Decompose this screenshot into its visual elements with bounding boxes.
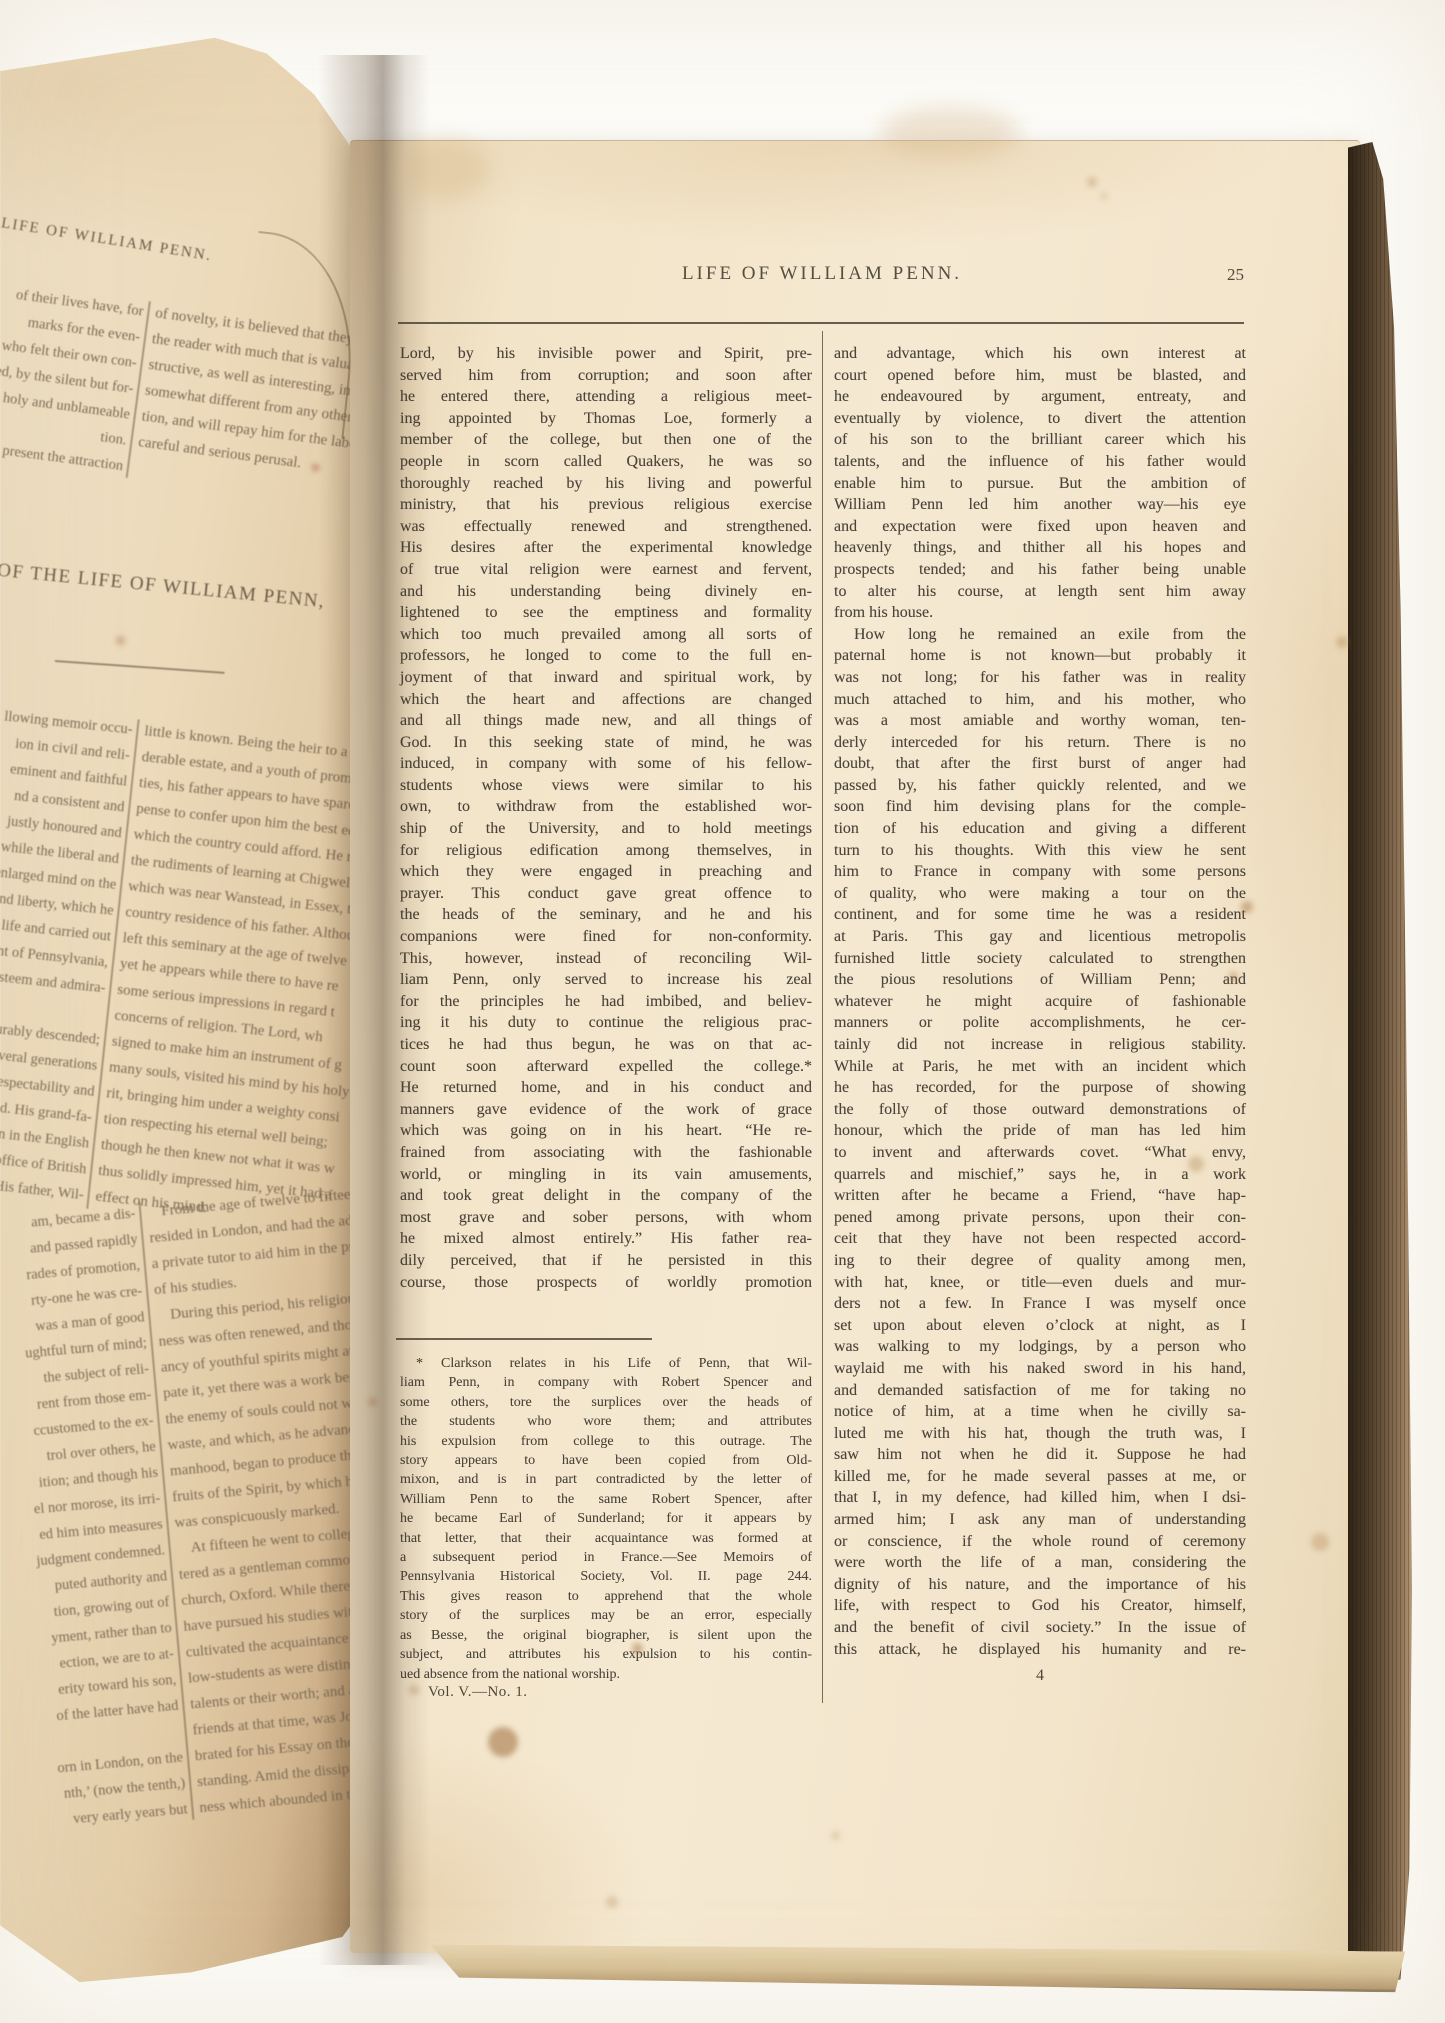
text-line: set upon about eleven o’clock at night, … xyxy=(834,1315,1246,1337)
text-line: paternal home is not known—but probably … xyxy=(834,645,1246,667)
text-line: tainly did not increase in religious sta… xyxy=(834,1034,1246,1056)
text-line: killed me, for he made several passes at… xyxy=(834,1466,1246,1488)
text-line: prayer. This conduct gave great offence … xyxy=(400,883,812,905)
footnote: * Clarkson relates in his Life of Penn, … xyxy=(400,1354,812,1684)
text-line: eventually by violence, to divert the at… xyxy=(834,408,1246,430)
text-line: companions were fined for non-conformity… xyxy=(400,926,812,948)
text-line: notice of him, at a time when he civilly… xyxy=(834,1401,1246,1423)
text-line: the folly of those outward demonstration… xyxy=(834,1099,1246,1121)
text-line: a subsequent period in France.—See Memoi… xyxy=(400,1548,812,1567)
text-line: at Paris. This gay and licentious metrop… xyxy=(834,926,1246,948)
page-stack-edge xyxy=(1348,142,1412,1998)
text-line: or conscience, if the whole round of cer… xyxy=(834,1531,1246,1553)
left-intro-column-b: of novelty, it is believed that they wil… xyxy=(137,300,385,485)
text-line: served him from corruption; and soon aft… xyxy=(400,365,812,387)
text-line: he entered there, attending a religious … xyxy=(400,386,812,408)
text-column-right: and advantage, which his own interest at… xyxy=(834,343,1246,1660)
text-line: that letter, that their acquaintance was… xyxy=(400,1529,812,1548)
left-running-header: LIFE OF WILLIAM PENN. xyxy=(0,206,271,274)
text-line: pened among private persons, upon their … xyxy=(834,1207,1246,1229)
text-line: ministry, that his previous religious ex… xyxy=(400,494,812,516)
header-rule xyxy=(398,322,1244,324)
text-line: tices he had thus begun, he was on that … xyxy=(400,1034,812,1056)
text-line: count soon afterward expelled the colleg… xyxy=(400,1056,812,1078)
text-line: doubt, that after the first burst of ang… xyxy=(834,753,1246,775)
text-line: passed by, his father quickly relented, … xyxy=(834,775,1246,797)
text-line: luted me with his hat, though the truth … xyxy=(834,1423,1246,1445)
volume-line: Vol. V.—No. 1. xyxy=(428,1684,528,1701)
text-line: of true vital religion were earnest and … xyxy=(400,559,812,581)
left-body-upper: llowing memoir occu-ion in civil and rel… xyxy=(0,696,402,745)
text-line: subject, and attributes his expulsion to… xyxy=(400,1645,812,1664)
fore-edge xyxy=(430,1945,1405,1993)
text-line: the heads of the seminary, and he and hi… xyxy=(400,904,812,926)
text-line: to alter his course, at length sent him … xyxy=(834,581,1246,603)
section-rule xyxy=(55,660,225,674)
text-line: was a most amiable and worthy woman, ten… xyxy=(834,710,1246,732)
text-line: dily perceived, that if he persisted in … xyxy=(400,1250,812,1272)
text-line: * Clarkson relates in his Life of Penn, … xyxy=(400,1354,812,1373)
text-line: William Penn to the same Robert Spencer,… xyxy=(400,1490,812,1509)
text-line: quarrels and mischief,” says he, in a wo… xyxy=(834,1164,1246,1186)
text-line: tion of his education and giving a diffe… xyxy=(834,818,1246,840)
text-line: he has recorded, for the purpose of show… xyxy=(834,1077,1246,1099)
text-line: life, with respect to God his Creator, h… xyxy=(834,1595,1246,1617)
text-line: honour, which the pride of man has led h… xyxy=(834,1120,1246,1142)
text-line: God. In this seeking state of mind, he w… xyxy=(400,732,812,754)
text-line: him to France in company with some perso… xyxy=(834,861,1246,883)
text-line: as Besse, the original biographer, is si… xyxy=(400,1626,812,1645)
text-line: story of the surplices may be an error, … xyxy=(400,1606,812,1625)
text-line: joyment of that inward and spiritual wor… xyxy=(400,667,812,689)
text-line: lightened to see the emptiness and forma… xyxy=(400,602,812,624)
text-line: to invent and afterwards covet. “What en… xyxy=(834,1142,1246,1164)
text-line: prospects tended; and his father being u… xyxy=(834,559,1246,581)
text-line: He returned home, and in his conduct and xyxy=(400,1077,812,1099)
text-line: which too much prevailed among all sorts… xyxy=(400,624,812,646)
text-line: saw him not when he did it. Suppose he h… xyxy=(834,1444,1246,1466)
text-line: waylaid me with his naked sword in his h… xyxy=(834,1358,1246,1380)
text-line: the students who wore them; and attribut… xyxy=(400,1412,812,1431)
text-line: heavenly things, and thither all his hop… xyxy=(834,537,1246,559)
text-line: he endeavoured by argument, entreaty, an… xyxy=(834,386,1246,408)
text-line: which the heart and affections are chang… xyxy=(400,689,812,711)
text-line: for religious edification among themselv… xyxy=(400,840,812,862)
text-line: which was going on in his heart. “He re- xyxy=(400,1120,812,1142)
text-line: ship of the University, and to hold meet… xyxy=(400,818,812,840)
right-page: LIFE OF WILLIAM PENN. 25 Lord, by his in… xyxy=(350,140,1360,1953)
text-line: own, to withdraw from the established wo… xyxy=(400,796,812,818)
left-intro-column-a: of their lives have, formarks for the ev… xyxy=(0,271,145,479)
text-line: written after he became a Friend, “have … xyxy=(834,1185,1246,1207)
text-line: talents, and the influence of his father… xyxy=(834,451,1246,473)
text-line: William Penn led him another way—his eye xyxy=(834,494,1246,516)
text-line: professors, he longed to come to the ful… xyxy=(400,645,812,667)
text-line: ing appointed by Thomas Loe, formerly a xyxy=(400,408,812,430)
text-line: turn to his thoughts. With this view he … xyxy=(834,840,1246,862)
text-line: and demanded satisfaction of me for taki… xyxy=(834,1380,1246,1402)
text-line: and the benefit of civil society.” In th… xyxy=(834,1617,1246,1639)
text-line: for the principles he had imbibed, and b… xyxy=(400,991,812,1013)
text-line: Lord, by his invisible power and Spirit,… xyxy=(400,343,812,365)
left-section-heading: S OF THE LIFE OF WILLIAM PENN, xyxy=(0,558,398,620)
text-line: he became Earl of Sunderland; for it app… xyxy=(400,1509,812,1528)
text-line: member of the college, but then one of t… xyxy=(400,429,812,451)
text-line: with hat, knee, or title—even duels and … xyxy=(834,1272,1246,1294)
text-line: world, or mingling in its vain amusement… xyxy=(400,1164,812,1186)
text-line: thoroughly reached by his living and pow… xyxy=(400,473,812,495)
text-line: was not long; for his father was in real… xyxy=(834,667,1246,689)
text-line: enable him to pursue. But the ambition o… xyxy=(834,473,1246,495)
page-number: 25 xyxy=(400,265,1244,285)
text-line: whatever he might acquire of fashionable xyxy=(834,991,1246,1013)
text-line: soon find him devising plans for the com… xyxy=(834,796,1246,818)
text-line: liam Penn, only served to increase his z… xyxy=(400,969,812,991)
text-line: of his son to the brilliant career which… xyxy=(834,429,1246,451)
text-line: ing to their degree of quality among men… xyxy=(834,1250,1246,1272)
text-line: he mixed almost entirely.” His father re… xyxy=(400,1228,812,1250)
book-photo: { "left_page": { "running_header": "LIFE… xyxy=(0,0,1445,2023)
text-line: and his understanding being divinely en- xyxy=(400,581,812,603)
text-line: from his house. xyxy=(834,602,1246,624)
text-line: and took great delight in the company of… xyxy=(400,1185,812,1207)
text-line: mixon, and is in part contradicted by th… xyxy=(400,1470,812,1489)
text-column-left: Lord, by his invisible power and Spirit,… xyxy=(400,343,812,1293)
text-line: ued absence from the national worship. xyxy=(400,1665,812,1684)
text-line: How long he remained an exile from the xyxy=(834,624,1246,646)
text-line: court opened before him, must be blasted… xyxy=(834,365,1246,387)
text-line: ceit that they have not been respected a… xyxy=(834,1228,1246,1250)
text-line: While at Paris, he met with an incident … xyxy=(834,1056,1246,1078)
text-line: induced, in company with some of his fel… xyxy=(400,753,812,775)
text-line: this attack, he displayed his humanity a… xyxy=(834,1639,1246,1661)
text-line: was effectually renewed and strengthened… xyxy=(400,516,812,538)
text-line: liam Penn, in company with Robert Spence… xyxy=(400,1373,812,1392)
text-line: armed him; I ask any man of understandin… xyxy=(834,1509,1246,1531)
text-line: people in scorn called Quakers, he was s… xyxy=(400,451,812,473)
text-line: derly interceded for his return. There i… xyxy=(834,732,1246,754)
text-line: manners or polite accomplishments, he ce… xyxy=(834,1012,1246,1034)
text-line: that I, in my defence, had killed him, w… xyxy=(834,1487,1246,1509)
text-line: and all things made new, and all things … xyxy=(400,710,812,732)
text-line: frained from associating with the fashio… xyxy=(400,1142,812,1164)
left-page: LIFE OF WILLIAM PENN. of their lives hav… xyxy=(0,28,398,1988)
text-line: most grave and sober persons, with whom xyxy=(400,1207,812,1229)
text-line: much attached to him, and his mother, wh… xyxy=(834,689,1246,711)
text-line: continent, and for some time he was a re… xyxy=(834,904,1246,926)
text-line: and advantage, which his own interest at xyxy=(834,343,1246,365)
text-line: the pious resolutions of William Penn; a… xyxy=(834,969,1246,991)
left-intro-section: of their lives have, formarks for the ev… xyxy=(0,271,361,327)
text-line: some others, tore the surplices over the… xyxy=(400,1393,812,1412)
text-line: which they were engaged in preaching and xyxy=(400,861,812,883)
column-rule xyxy=(822,331,823,1703)
text-line: This gives reason to apprehend that the … xyxy=(400,1587,812,1606)
text-line: ders not a few. In France I was myself o… xyxy=(834,1293,1246,1315)
text-line: course, those prospects of worldly promo… xyxy=(400,1272,812,1294)
text-line: his expulsion from college to this outra… xyxy=(400,1432,812,1451)
text-line: students whose views were similar to his xyxy=(400,775,812,797)
text-line: was walking to my lodgings, by a person … xyxy=(834,1336,1246,1358)
text-line: manners gave evidence of the work of gra… xyxy=(400,1099,812,1121)
text-line: His desires after the experimental knowl… xyxy=(400,537,812,559)
text-line: This, however, instead of reconciling Wi… xyxy=(400,948,812,970)
text-line: and expectation were fixed upon heaven a… xyxy=(834,516,1246,538)
text-line: Pennsylvania Historical Society, Vol. II… xyxy=(400,1567,812,1586)
text-line: dignity of his nature, and the importanc… xyxy=(834,1574,1246,1596)
footnote-rule xyxy=(396,1338,652,1340)
text-line: of quality, who were making a tour on th… xyxy=(834,883,1246,905)
text-line: story appears to have been copied from O… xyxy=(400,1451,812,1470)
signature-mark: 4 xyxy=(834,1667,1246,1685)
text-line: ing it his duty to continue the religiou… xyxy=(400,1012,812,1034)
text-line: furnished little society calculated to s… xyxy=(834,948,1246,970)
text-line: were worth the life of a man, considerin… xyxy=(834,1552,1246,1574)
